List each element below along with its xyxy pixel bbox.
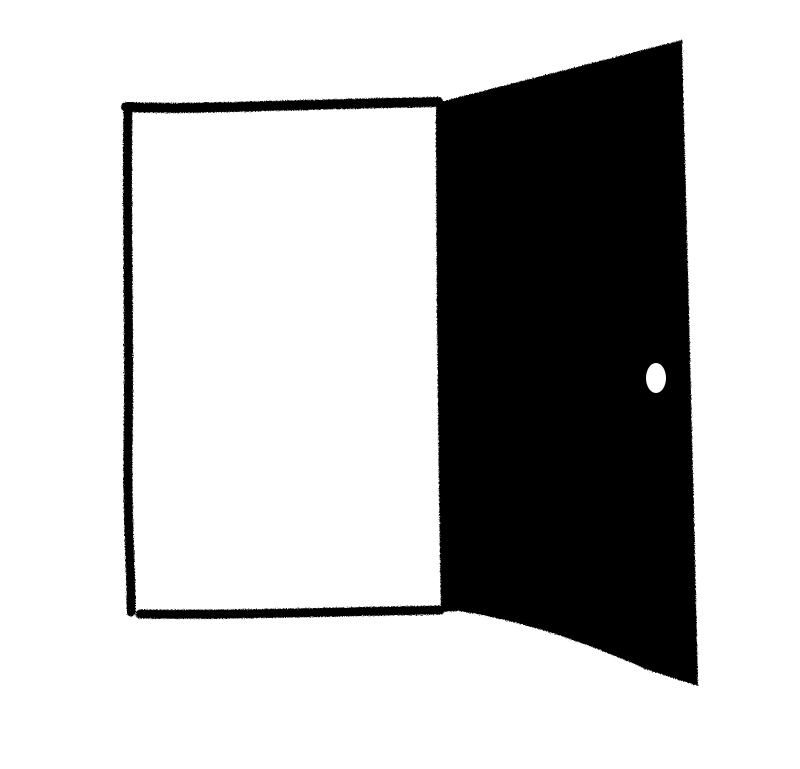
door-frame-left-edge: [127, 108, 131, 612]
doorknob: [646, 363, 666, 393]
door-frame-bottom-edge: [140, 610, 440, 614]
open-door-panel: [436, 40, 698, 686]
open-door-illustration: [0, 0, 800, 769]
door-frame-top-edge: [126, 102, 438, 108]
